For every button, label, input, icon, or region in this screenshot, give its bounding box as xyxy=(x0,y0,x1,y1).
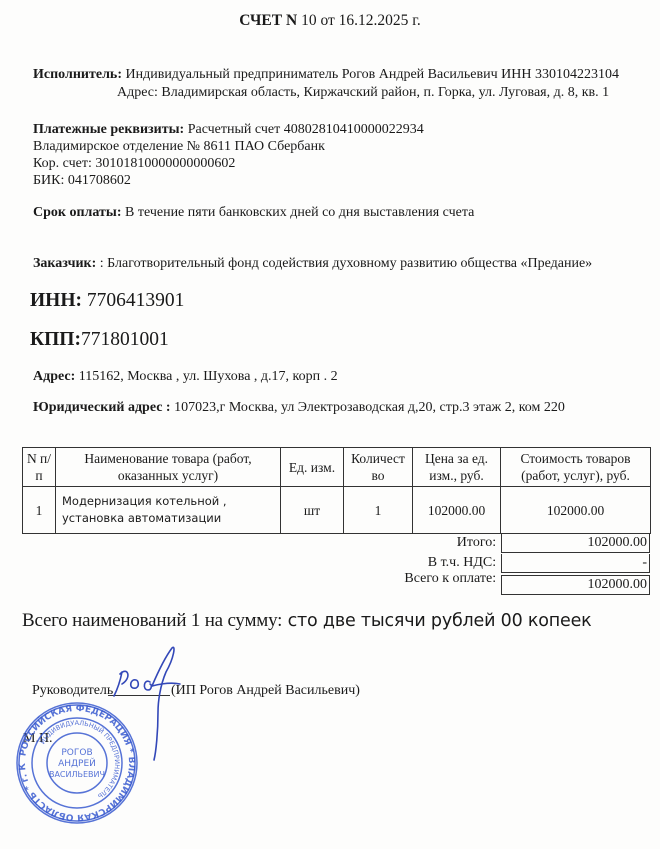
cell-total: 102000.00 xyxy=(501,487,651,534)
cell-price: 102000.00 xyxy=(413,487,501,534)
invoice-number: 10 xyxy=(301,12,317,29)
col-header-name: Наименование товара (работ, оказанных ус… xyxy=(56,448,281,487)
invoice-title: СЧЕТ N 10 от 16.12.2025 г. xyxy=(0,12,660,30)
total-due-label: Всего к оплате: xyxy=(380,571,501,587)
items-table-header: N п/п Наименование товара (работ, оказан… xyxy=(23,448,651,487)
total-due-row: Всего к оплате: 102000.00 xyxy=(380,573,650,593)
col-header-quantity: Количест во xyxy=(344,448,413,487)
customer-legal-address-label: Юридический адрес : xyxy=(33,400,171,415)
items-table: N п/п Наименование товара (работ, оказан… xyxy=(22,447,651,534)
executor-value: Индивидуальный предприниматель Рогов Анд… xyxy=(125,67,618,82)
svg-text:ВАСИЛЬЕВИЧ: ВАСИЛЬЕВИЧ xyxy=(49,770,105,779)
customer-kpp-value: 771801001 xyxy=(81,329,169,350)
cell-unit: шт xyxy=(281,487,344,534)
invoice-title-label: СЧЕТ N xyxy=(239,12,297,29)
customer-inn-label: ИНН: xyxy=(30,290,82,311)
subtotal-label: Итого: xyxy=(380,535,501,551)
customer-inn: ИНН: 7706413901 xyxy=(30,290,184,312)
executor-line: Исполнитель: Индивидуальный предпринимат… xyxy=(33,67,619,83)
payment-line: Платежные реквизиты: Расчетный счет 4080… xyxy=(33,122,424,138)
customer-inn-value: 7706413901 xyxy=(87,290,185,311)
cell-number: 1 xyxy=(23,487,56,534)
vat-value: - xyxy=(501,554,650,573)
col-header-unit: Ед. изм. xyxy=(281,448,344,487)
payment-corr-account: Кор. счет: 30101810000000000602 xyxy=(33,156,235,172)
payment-bik: БИК: 041708602 xyxy=(33,173,131,189)
customer-legal-address-value: 107023,г Москва, ул Электрозаводская д,2… xyxy=(174,400,565,415)
svg-text:РОГОВ: РОГОВ xyxy=(61,748,92,758)
signature-name: (ИП Рогов Андрей Васильевич) xyxy=(171,683,360,699)
payment-label: Платежные реквизиты: xyxy=(33,122,184,137)
customer-address: Адрес: 115162, Москва , ул. Шухова , д.1… xyxy=(33,369,338,385)
sum-in-words: Всего наименований 1 на сумму: сто две т… xyxy=(22,610,592,632)
col-header-number: N п/п xyxy=(23,448,56,487)
due-line: Срок оплаты: В течение пяти банковских д… xyxy=(33,205,474,221)
cell-quantity: 1 xyxy=(344,487,413,534)
customer-address-value: 115162, Москва , ул. Шухова , д.17, корп… xyxy=(79,369,338,384)
invoice-date: от 16.12.2025 г. xyxy=(320,12,420,29)
executor-label: Исполнитель: xyxy=(33,67,122,82)
customer-kpp: КПП:771801001 xyxy=(30,329,169,351)
customer-value: : Благотворительный фонд содействия духо… xyxy=(100,256,592,271)
vat-label: В т.ч. НДС: xyxy=(380,555,501,571)
executor-address: Адрес: Владимирская область, Киржачский … xyxy=(117,85,609,101)
payment-bank: Владимирское отделение № 8611 ПАО Сберба… xyxy=(33,139,325,155)
totals-block: Итого: 102000.00 В т.ч. НДС: - Всего к о… xyxy=(380,533,650,593)
col-header-price: Цена за ед. изм., руб. xyxy=(413,448,501,487)
subtotal-row: Итого: 102000.00 xyxy=(380,533,650,553)
due-value: В течение пяти банковских дней со дня вы… xyxy=(125,205,474,220)
subtotal-value: 102000.00 xyxy=(501,534,650,553)
customer-line: Заказчик: : Благотворительный фонд содей… xyxy=(33,256,592,272)
table-row: 1 Модернизация котельной , установка авт… xyxy=(23,487,651,534)
customer-kpp-label: КПП: xyxy=(30,329,81,350)
col-header-total: Стоимость товаров (работ, услуг), руб. xyxy=(501,448,651,487)
vat-row: В т.ч. НДС: - xyxy=(380,553,650,573)
customer-address-label: Адрес: xyxy=(33,369,75,384)
customer-label: Заказчик: xyxy=(33,256,96,271)
cell-name: Модернизация котельной , установка автом… xyxy=(56,487,281,534)
payment-account: Расчетный счет 40802810410000022934 xyxy=(188,122,424,137)
sum-prefix: Всего наименований 1 на сумму: xyxy=(22,610,282,631)
due-label: Срок оплаты: xyxy=(33,205,122,220)
total-due-value: 102000.00 xyxy=(501,575,650,595)
customer-legal-address: Юридический адрес : 107023,г Москва, ул … xyxy=(33,400,565,416)
sum-words-value: сто две тысячи рублей 00 копеек xyxy=(288,611,592,631)
official-stamp-icon: РОССИЙСКАЯ ФЕДЕРАЦИЯ * ВЛАДИМИРСКАЯ ОБЛА… xyxy=(14,700,140,826)
svg-text:АНДРЕЙ: АНДРЕЙ xyxy=(58,757,96,769)
